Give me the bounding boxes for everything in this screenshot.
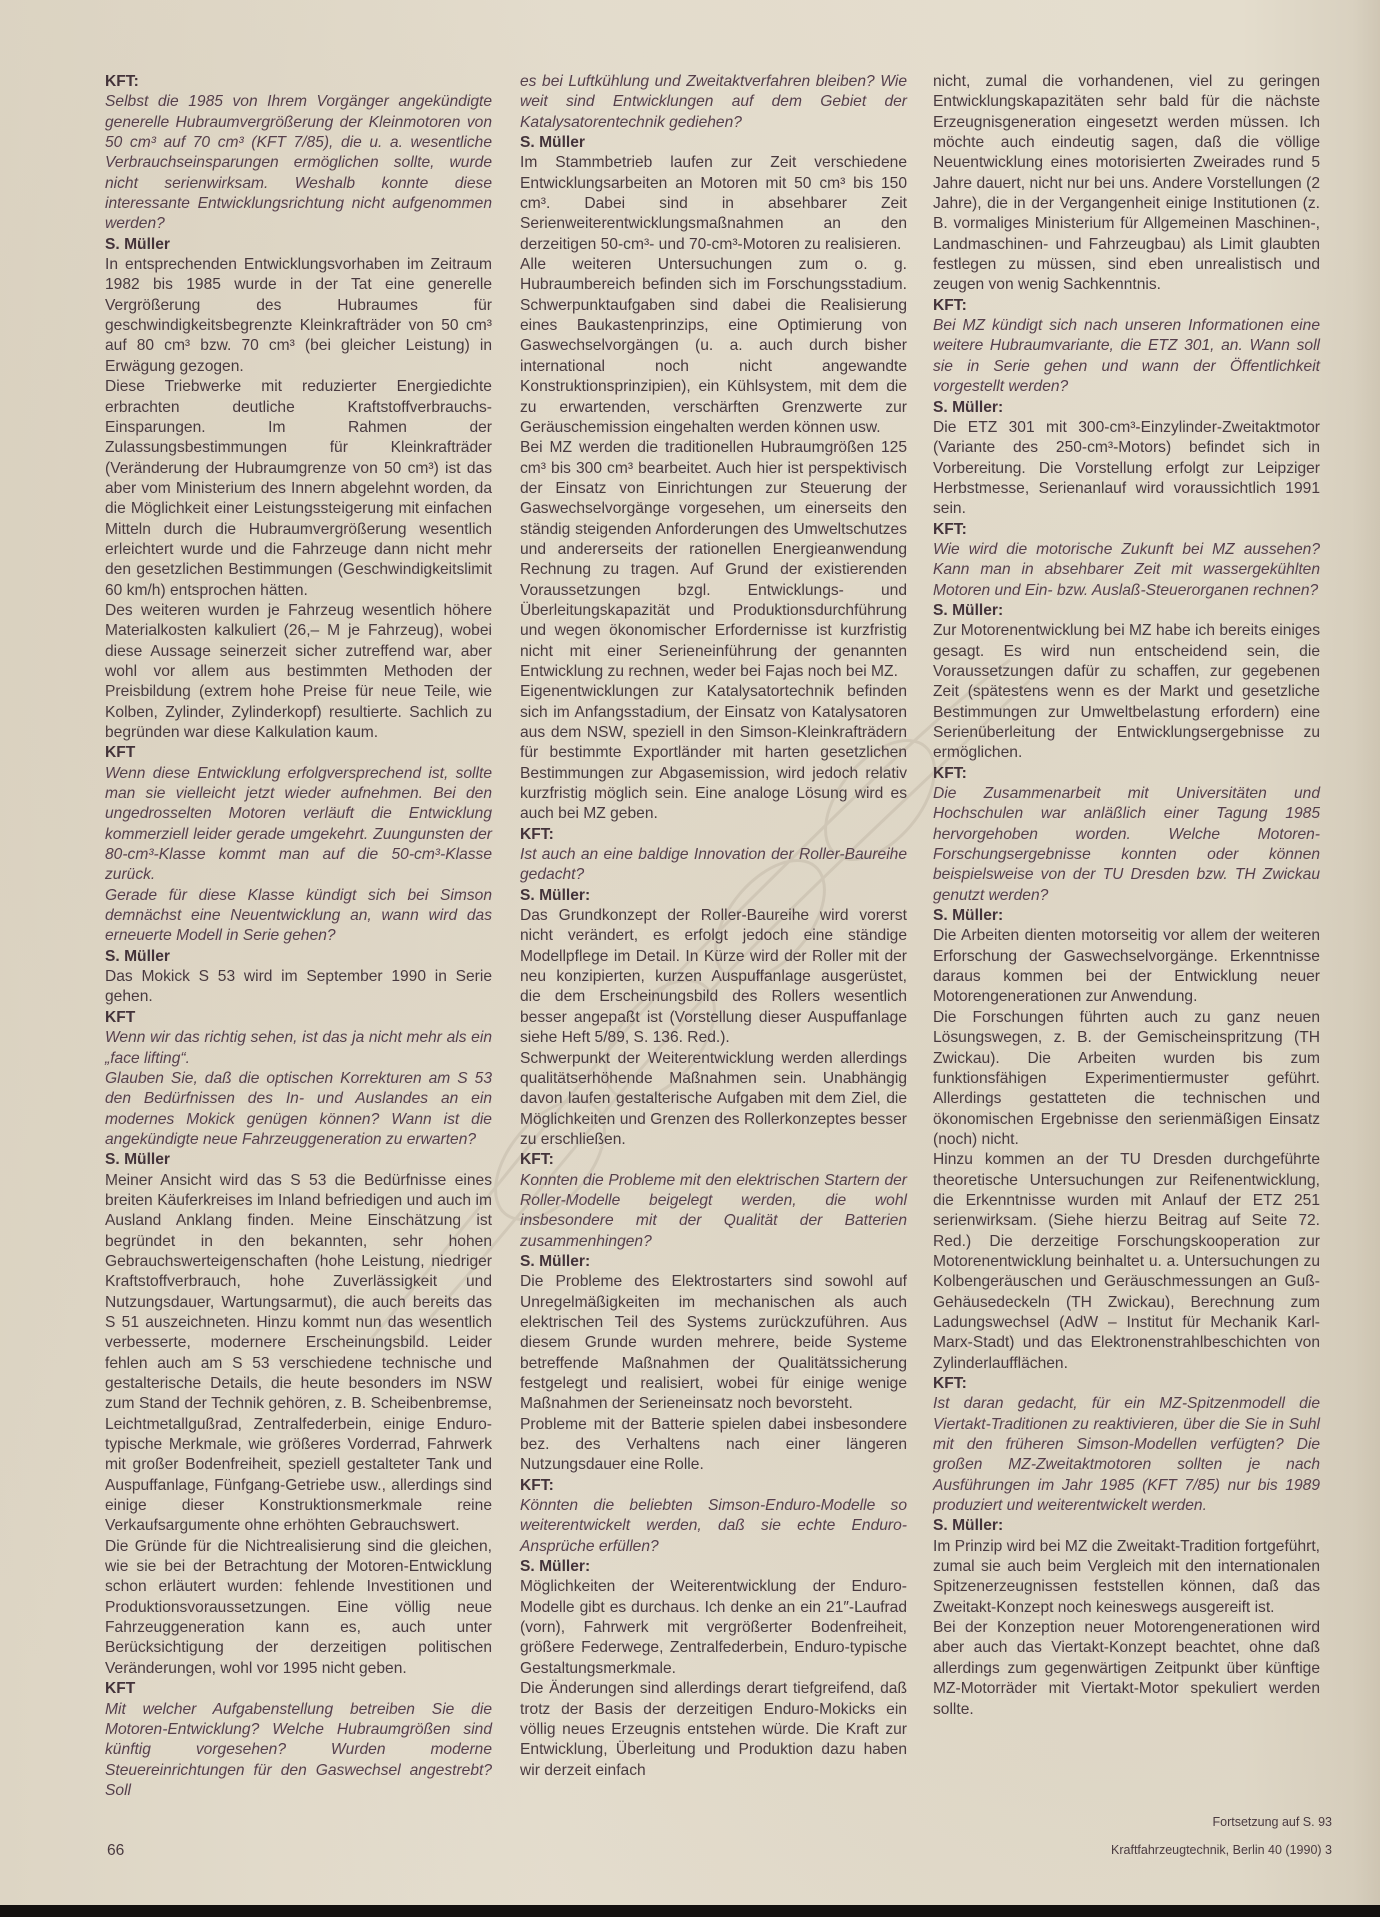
interview-question: Wie wird die motorische Zukunft bei MZ a… <box>933 540 1320 601</box>
interview-question: Konnten die Probleme mit den elektrische… <box>520 1171 907 1252</box>
interview-question: Die Zusammenarbeit mit Universitäten und… <box>933 784 1320 906</box>
speaker-label: S. Müller <box>105 235 492 255</box>
speaker-label: S. Müller: <box>520 1557 907 1577</box>
interview-answer: Des weiteren wurden je Fahrzeug wesentli… <box>105 601 492 743</box>
interview-answer: Im Prinzip wird bei MZ die Zweitakt-Trad… <box>933 1537 1320 1618</box>
interview-answer: Bei der Konzeption neuer Motorengenerati… <box>933 1618 1320 1720</box>
page-number: 66 <box>107 1842 124 1860</box>
speaker-label: KFT: <box>105 72 492 92</box>
interview-answer: Schwerpunkt der Weiterentwicklung werden… <box>520 1049 907 1151</box>
speaker-label: S. Müller: <box>520 1252 907 1272</box>
text-column-1: KFT: Selbst die 1985 von Ihrem Vorgänger… <box>105 72 492 1801</box>
speaker-label: S. Müller: <box>933 1516 1320 1536</box>
speaker-label: KFT: <box>933 520 1320 540</box>
speaker-label: KFT: <box>520 1476 907 1496</box>
interview-answer: Möglichkeiten der Weiterentwicklung der … <box>520 1577 907 1679</box>
interview-answer: Bei MZ werden die traditionellen Hubraum… <box>520 438 907 682</box>
interview-answer: Im Stammbetrieb laufen zur Zeit verschie… <box>520 153 907 255</box>
text-column-3: nicht, zumal die vorhandenen, viel zu ge… <box>933 72 1320 1720</box>
speaker-label: KFT <box>105 743 492 763</box>
interview-answer: Meiner Ansicht wird das S 53 die Bedürfn… <box>105 1171 492 1537</box>
continuation-note: Fortsetzung auf S. 93 <box>1212 1815 1332 1829</box>
speaker-label: S. Müller: <box>933 601 1320 621</box>
interview-question: Bei MZ kündigt sich nach unseren Informa… <box>933 316 1320 397</box>
interview-answer: Das Grundkonzept der Roller-Baureihe wir… <box>520 906 907 1048</box>
speaker-label: KFT: <box>933 764 1320 784</box>
speaker-label: KFT: <box>933 1374 1320 1394</box>
interview-question: Selbst die 1985 von Ihrem Vorgänger ange… <box>105 92 492 234</box>
speaker-label: KFT: <box>520 1150 907 1170</box>
interview-answer: Alle weiteren Untersuchungen zum o. g. H… <box>520 255 907 438</box>
interview-answer: Hinzu kommen an der TU Dresden durchgefü… <box>933 1150 1320 1374</box>
interview-answer: Diese Triebwerke mit reduzierter Energie… <box>105 377 492 601</box>
interview-question: Glauben Sie, daß die optischen Korrektur… <box>105 1069 492 1150</box>
publication-imprint: Kraftfahrzeugtechnik, Berlin 40 (1990) 3 <box>1111 1843 1332 1857</box>
speaker-label: S. Müller <box>105 1150 492 1170</box>
text-column-2: es bei Luftkühlung und Zweitaktverfahren… <box>520 72 907 1781</box>
speaker-label: KFT <box>105 1679 492 1699</box>
interview-question: Ist daran gedacht, für ein MZ-Spitzenmod… <box>933 1394 1320 1516</box>
interview-answer: Die Probleme des Elektrostarters sind so… <box>520 1272 907 1414</box>
interview-answer: Die Arbeiten dienten motorseitig vor all… <box>933 926 1320 1007</box>
interview-question: es bei Luftkühlung und Zweitaktverfahren… <box>520 72 907 133</box>
interview-answer: In entsprechenden Entwicklungsvorhaben i… <box>105 255 492 377</box>
interview-question: Wenn diese Entwicklung erfolgversprechen… <box>105 764 492 886</box>
interview-answer: Probleme mit der Batterie spielen dabei … <box>520 1415 907 1476</box>
interview-answer: Die Forschungen führten auch zu ganz neu… <box>933 1008 1320 1150</box>
speaker-label: S. Müller: <box>520 886 907 906</box>
interview-answer: Eigenentwicklungen zur Katalysatortechni… <box>520 682 907 824</box>
interview-answer: Die ETZ 301 mit 300-cm³-Einzylinder-Zwei… <box>933 418 1320 520</box>
interview-answer: Das Mokick S 53 wird im September 1990 i… <box>105 967 492 1008</box>
scan-border <box>0 1905 1380 1917</box>
interview-question: Ist auch an eine baldige Innovation der … <box>520 845 907 886</box>
speaker-label: KFT: <box>933 296 1320 316</box>
interview-answer: Die Änderungen sind allerdings derart ti… <box>520 1679 907 1781</box>
speaker-label: S. Müller <box>105 947 492 967</box>
speaker-label: S. Müller: <box>933 398 1320 418</box>
speaker-label: KFT: <box>520 825 907 845</box>
magazine-page: KFT: Selbst die 1985 von Ihrem Vorgänger… <box>0 0 1380 1905</box>
interview-question: Wenn wir das richtig sehen, ist das ja n… <box>105 1028 492 1069</box>
interview-answer: nicht, zumal die vorhandenen, viel zu ge… <box>933 72 1320 296</box>
interview-question: Mit welcher Aufgabenstellung betreiben S… <box>105 1700 492 1802</box>
speaker-label: KFT <box>105 1008 492 1028</box>
interview-answer: Die Gründe für die Nichtrealisierung sin… <box>105 1537 492 1679</box>
interview-question: Gerade für diese Klasse kündigt sich bei… <box>105 886 492 947</box>
speaker-label: S. Müller <box>520 133 907 153</box>
interview-question: Könnten die beliebten Simson-Enduro-Mode… <box>520 1496 907 1557</box>
speaker-label: S. Müller: <box>933 906 1320 926</box>
interview-answer: Zur Motorenentwicklung bei MZ habe ich b… <box>933 621 1320 763</box>
